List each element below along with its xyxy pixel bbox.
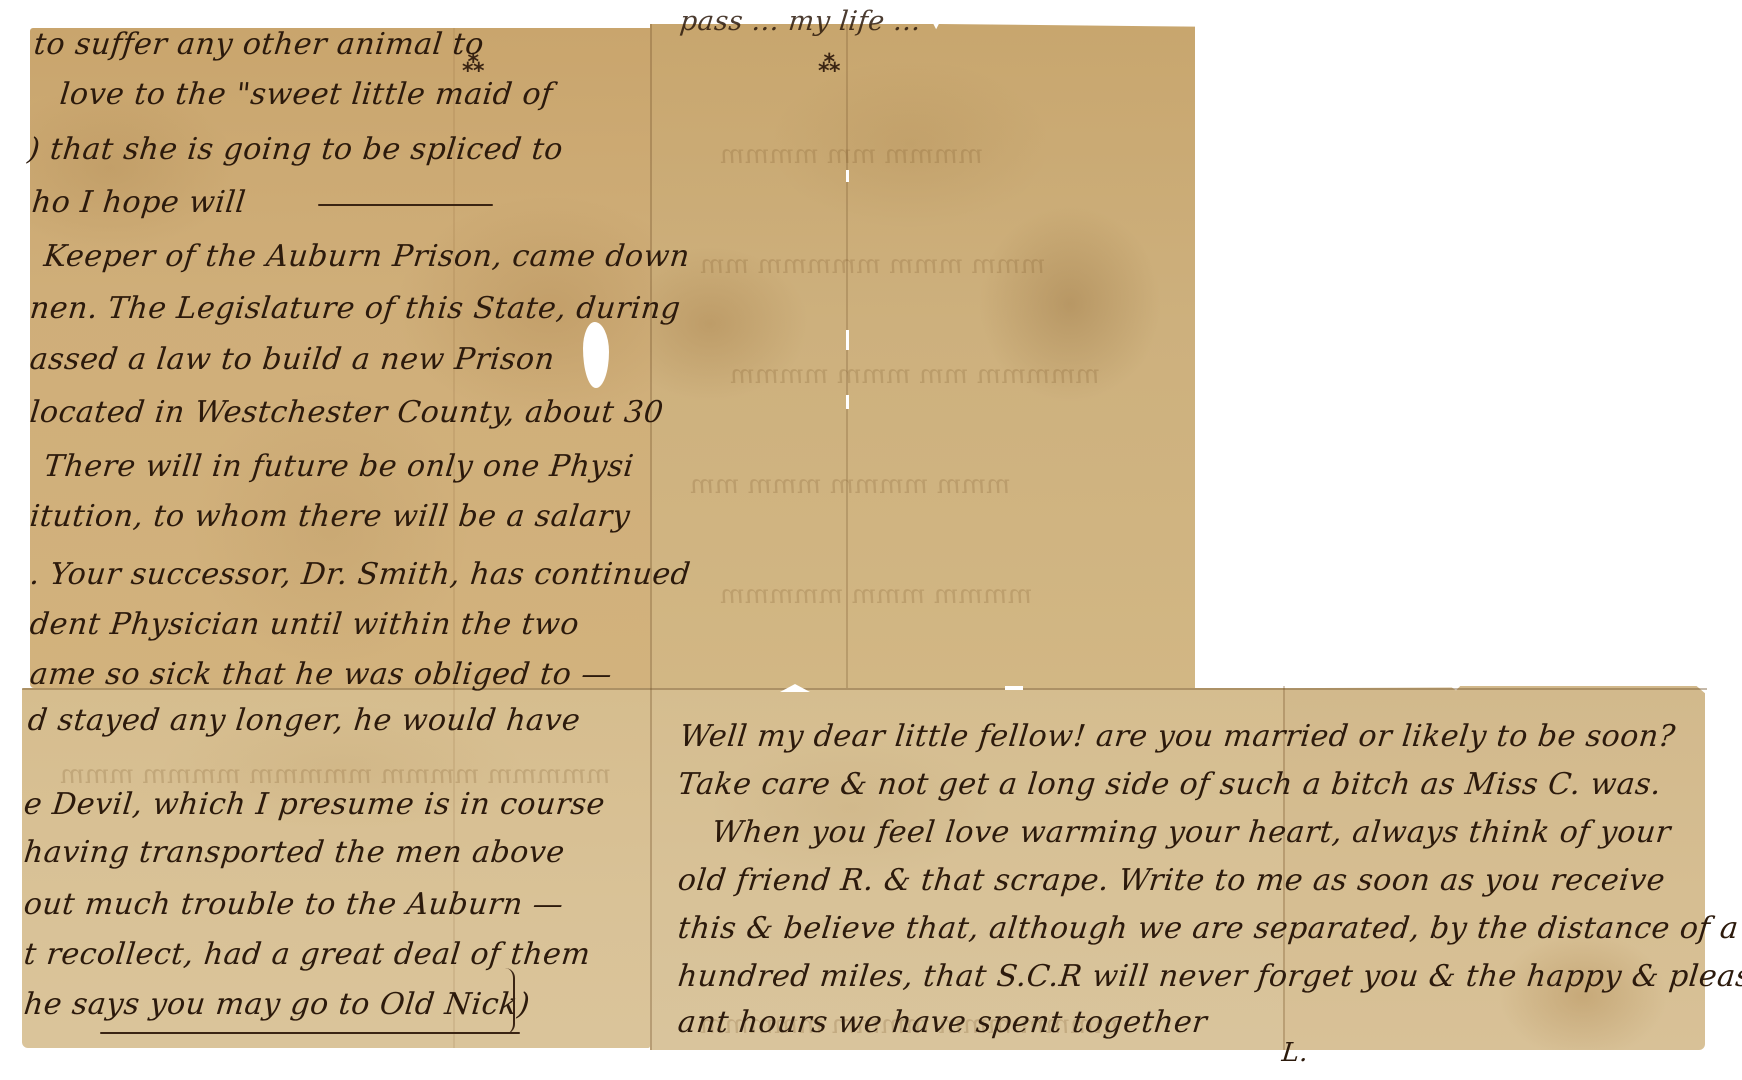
letter-line: pass ... my life ... bbox=[679, 8, 923, 35]
letter-line: d stayed any longer, he would have bbox=[26, 706, 581, 736]
letter-line: old friend R. & that scrape. Write to me… bbox=[676, 866, 1666, 896]
signature-mark: L. bbox=[1281, 1040, 1310, 1066]
letter-scan: mmmm mm mmmm mmm mmm mmmmm mm mmmmm mm m… bbox=[0, 0, 1742, 1080]
bleed-through-text: mmmm mm mmmm bbox=[718, 140, 985, 170]
letter-line: e Devil, which I presume is in course bbox=[22, 790, 606, 820]
letter-line: this & believe that, although we are sep… bbox=[676, 914, 1742, 944]
letter-line: to suffer any other animal to bbox=[32, 30, 485, 60]
letter-line: ant hours we have spent together bbox=[676, 1008, 1208, 1038]
letter-line: itution, to whom there will be a salary bbox=[28, 502, 631, 532]
paper-tear bbox=[846, 395, 849, 409]
letter-line: t recollect, had a great deal of them bbox=[22, 940, 591, 970]
letter-line: Take care & not get a long side of such … bbox=[676, 770, 1662, 800]
closing-rule bbox=[100, 1032, 520, 1034]
letter-line: located in Westchester County, about 30 bbox=[28, 398, 665, 428]
letter-line: Well my dear little fellow! are you marr… bbox=[678, 722, 1676, 752]
asterism-mark: ⁂ bbox=[818, 54, 841, 76]
letter-line: ame so sick that he was obliged to — bbox=[28, 660, 613, 690]
paper-tear bbox=[846, 170, 849, 182]
bleed-through-text: mmmm mmm mmmmm bbox=[718, 580, 1035, 610]
bleed-through-text: mmmmm mmmm mmmmm mmmm mmm bbox=[58, 760, 613, 790]
letter-line: . Your successor, Dr. Smith, has continu… bbox=[28, 560, 692, 590]
letter-line: When you feel love warming your heart, a… bbox=[710, 818, 1672, 848]
letter-line: Keeper of the Auburn Prison, came down bbox=[42, 242, 691, 272]
vertical-fold-center bbox=[650, 24, 652, 1050]
paper-tear bbox=[846, 330, 849, 350]
letter-line: having transported the men above bbox=[22, 838, 566, 868]
letter-line: he says you may go to Old Nick) bbox=[22, 990, 531, 1020]
letter-line: love to the "sweet little maid of bbox=[58, 80, 554, 110]
letter-line: ho I hope will bbox=[30, 188, 247, 218]
letter-line: nen. The Legislature of this State, duri… bbox=[28, 294, 682, 324]
bleed-through-text: mmm mmmm mmm mm bbox=[688, 470, 1013, 500]
paper-tear bbox=[1005, 686, 1023, 690]
letter-line: assed a law to build a new Prison bbox=[28, 345, 556, 375]
letter-line: hundred miles, that S.C.R will never for… bbox=[676, 962, 1742, 992]
bracket-mark bbox=[505, 968, 515, 1034]
letter-line: There will in future be only one Physi bbox=[42, 452, 635, 482]
bleed-through-text: mmm mmm mmmmm mm bbox=[698, 250, 1048, 280]
dash-rule bbox=[318, 204, 493, 206]
bleed-through-text: mmmmm mm mmm mmmm bbox=[728, 360, 1102, 390]
letter-line: out much trouble to the Auburn — bbox=[22, 890, 564, 920]
letter-line: dent Physician until within the two bbox=[28, 610, 580, 640]
letter-line: ) that she is going to be spliced to bbox=[26, 135, 564, 165]
